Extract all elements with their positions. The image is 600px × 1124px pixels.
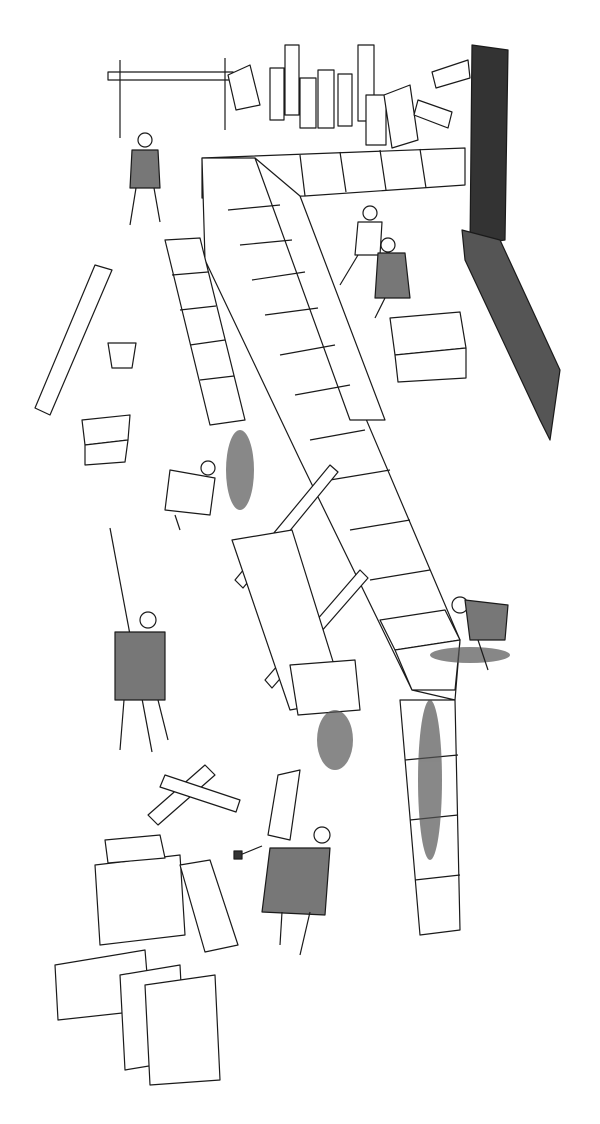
plank: [35, 265, 112, 415]
worker-crouching: [165, 461, 215, 530]
hammer: [234, 846, 262, 859]
stone-slabs-left: [82, 415, 130, 465]
worker-top-left: [130, 133, 160, 225]
stone-pillars-stack: [228, 45, 470, 148]
bucket: [108, 343, 136, 368]
standing-stone: [268, 770, 300, 840]
scaffold-rail: [108, 58, 233, 138]
slab-stack-bottom: [55, 950, 220, 1085]
slab-stack-lower: [95, 835, 238, 952]
worker-bottom: [262, 827, 330, 955]
illustration: [0, 0, 600, 1124]
worker-lifting-1: [340, 206, 382, 285]
crossed-beams: [148, 765, 240, 825]
worker-with-pole: [110, 528, 168, 752]
stone-slabs-right: [390, 312, 466, 382]
wooden-pillar: [462, 45, 560, 440]
